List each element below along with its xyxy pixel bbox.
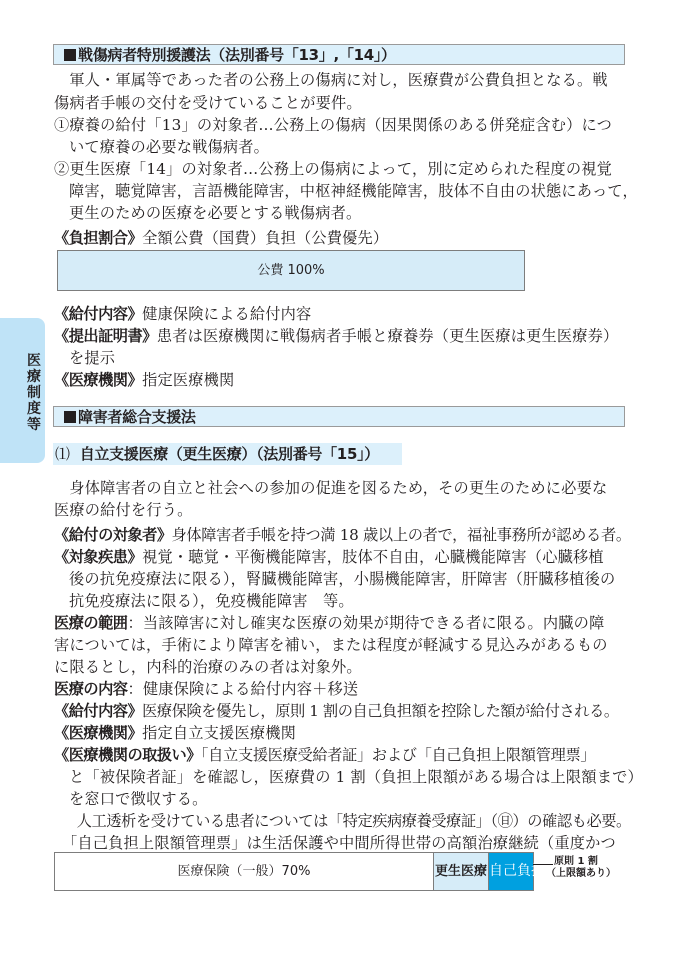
paragraph-line: を窓口で徴収する。	[69, 788, 208, 810]
self-pay-note: 原則 1 割 （上限額あり）	[536, 856, 616, 880]
subsection-header: ⑴自立支援医療（更生医療）（法別番号「15」）	[53, 443, 402, 465]
section-title: 戦傷病者特別援護法（法別番号「13」,「14」）	[78, 46, 396, 64]
field-label: 《医療機関》	[54, 724, 142, 742]
paragraph-line: 身体障害者の自立と社会への参加の促進を図るため，その更生のために必要な	[54, 477, 607, 499]
paragraph-line: を提示	[69, 347, 115, 369]
benefit-target: 《給付の対象者》身体障害者手帳を持つ満 18 歳以上の者で，福祉事務所が認める者…	[54, 524, 631, 546]
section-header-disability-support: 障害者総合支援法	[53, 406, 625, 427]
field-value: 「自立支援医療受給者証」および「自己負担上限額管理票」	[201, 746, 595, 764]
insurance-share-segment: 医療保険（一般）70%	[54, 852, 434, 891]
tab-char: 度	[26, 401, 42, 417]
list-item-line: 更生のための医療を必要とする戦傷病者。	[69, 202, 361, 224]
paragraph-line: 医療の給付を行う。	[54, 499, 193, 521]
field-value: 全額公費（国費）負担（公費優先）	[142, 229, 388, 247]
benefit-content: 《給付内容》健康保険による給付内容	[54, 303, 311, 325]
medical-institution: 《医療機関》指定医療機関	[54, 369, 234, 391]
paragraph-line: 害については，手術により障害を補い，または程度が軽減する見込みがあるもの	[54, 634, 608, 656]
note-line: （上限額あり）	[536, 868, 616, 880]
medical-institution: 《医療機関》指定自立支援医療機関	[54, 722, 296, 744]
field-value: 視覚・聴覚・平衡機能障害，肢体不自由，心臓機能障害（心臓移植	[142, 548, 604, 566]
paragraph-line: 後の抗免疫療法に限る），腎臓機能障害，小腸機能障害，肝障害（肝臓移植後の	[69, 568, 615, 590]
self-pay-segment: 自己負担	[488, 852, 534, 891]
medical-scope: 医療の範囲：当該障害に対し確実な医療の効果が期待できる者に限る。内臓の障	[54, 612, 604, 634]
field-value: 健康保険による給付内容	[142, 305, 311, 323]
paragraph-line: 傷病者手帳の交付を受けていることが要件。	[54, 92, 362, 114]
target-disease: 《対象疾患》視覚・聴覚・平衡機能障害，肢体不自由，心臓機能障害（心臓移植	[54, 546, 604, 568]
medical-content: 医療の内容：健康保険による給付内容＋移送	[54, 678, 358, 700]
paragraph-line: と「被保険者証」を確認し，医療費の 1 割（負担上限額がある場合は上限額まで）	[69, 766, 643, 788]
tab-char: 医	[26, 353, 42, 369]
field-label: 医療の範囲	[54, 614, 127, 632]
field-label: 《医療機関の取扱い》	[54, 746, 201, 764]
field-value: 指定医療機関	[142, 371, 234, 389]
tab-char: 療	[26, 369, 42, 385]
submission-certificate: 《提出証明書》患者は医療機関に戦傷病者手帳と療養券（更生医療は更生医療券）	[54, 325, 618, 347]
institution-handling: 《医療機関の取扱い》「自立支援医療受給者証」および「自己負担上限額管理票」	[54, 744, 595, 766]
list-item-line: ②更生医療「14」の対象者…公務上の傷病によって，別に定められた程度の視覚	[54, 158, 612, 180]
field-value: 指定自立支援医療機関	[142, 724, 296, 742]
public-expense-bar: 公費 100%	[57, 250, 525, 291]
paragraph-line: 抗免疫療法に限る），免疫機能障害 等。	[69, 590, 354, 612]
field-value: 身体障害者手帳を持つ満 18 歳以上の者で，福祉事務所が認める者。	[172, 526, 631, 544]
square-bullet-icon	[64, 411, 76, 423]
field-label: 《対象疾患》	[54, 548, 142, 566]
paragraph-line: 人工透析を受けている患者については「特定疾病療養受療証」（㊐）の確認も必要。	[62, 810, 631, 832]
burden-ratio: 《負担割合》全額公費（国費）負担（公費優先）	[54, 227, 388, 249]
field-label: 《給付内容》	[54, 702, 142, 720]
tab-char: 等	[26, 417, 42, 433]
subsection-number: ⑴	[55, 445, 70, 463]
list-item-line: いて療養の必要な戦傷病者。	[69, 136, 269, 158]
field-value: ：健康保険による給付内容＋移送	[127, 680, 358, 698]
section-header-war-injury: 戦傷病者特別援護法（法別番号「13」,「14」）	[53, 44, 625, 65]
field-label: 医療の内容	[54, 680, 127, 698]
field-label: 《医療機関》	[54, 371, 142, 389]
field-value: 医療保険を優先し，原則 1 割の自己負担額を控除した額が給付される。	[142, 702, 619, 720]
field-label: 《提出証明書》	[54, 327, 157, 345]
field-label: 《給付内容》	[54, 305, 142, 323]
field-label: 《負担割合》	[54, 229, 142, 247]
paragraph-line: に限るとし，内科的治療のみの者は対象外。	[54, 656, 362, 678]
square-bullet-icon	[64, 49, 76, 61]
benefit-content: 《給付内容》医療保険を優先し，原則 1 割の自己負担額を控除した額が給付される。	[54, 700, 619, 722]
kosei-medical-segment: 更生医療	[433, 852, 489, 891]
list-item-line: ①療養の給付「13」の対象者…公務上の傷病（因果関係のある併発症含む）につ	[54, 114, 612, 136]
paragraph-line: 「自己負担上限額管理票」は生活保護や中間所得世帯の高額治療継続（重度かつ	[62, 832, 616, 854]
paragraph-line: 軍人・軍属等であった者の公務上の傷病に対し，医療費が公費負担となる。戦	[54, 69, 608, 91]
field-value: ：当該障害に対し確実な医療の効果が期待できる者に限る。内臓の障	[127, 614, 604, 632]
section-title: 障害者総合支援法	[78, 408, 196, 426]
list-item-line: 障害，聴覚障害，言語機能障害，中枢神経機能障害，肢体不自由の状態にあって，	[69, 180, 638, 202]
note-line: 原則 1 割	[536, 856, 616, 868]
sidebar-chapter-label: 医 療 制 度 等	[26, 353, 42, 433]
tab-char: 制	[26, 385, 42, 401]
field-label: 《給付の対象者》	[54, 526, 172, 544]
field-value: 患者は医療機関に戦傷病者手帳と療養券（更生医療は更生医療券）	[157, 327, 619, 345]
subsection-title: 自立支援医療（更生医療）（法別番号「15」）	[80, 445, 379, 463]
